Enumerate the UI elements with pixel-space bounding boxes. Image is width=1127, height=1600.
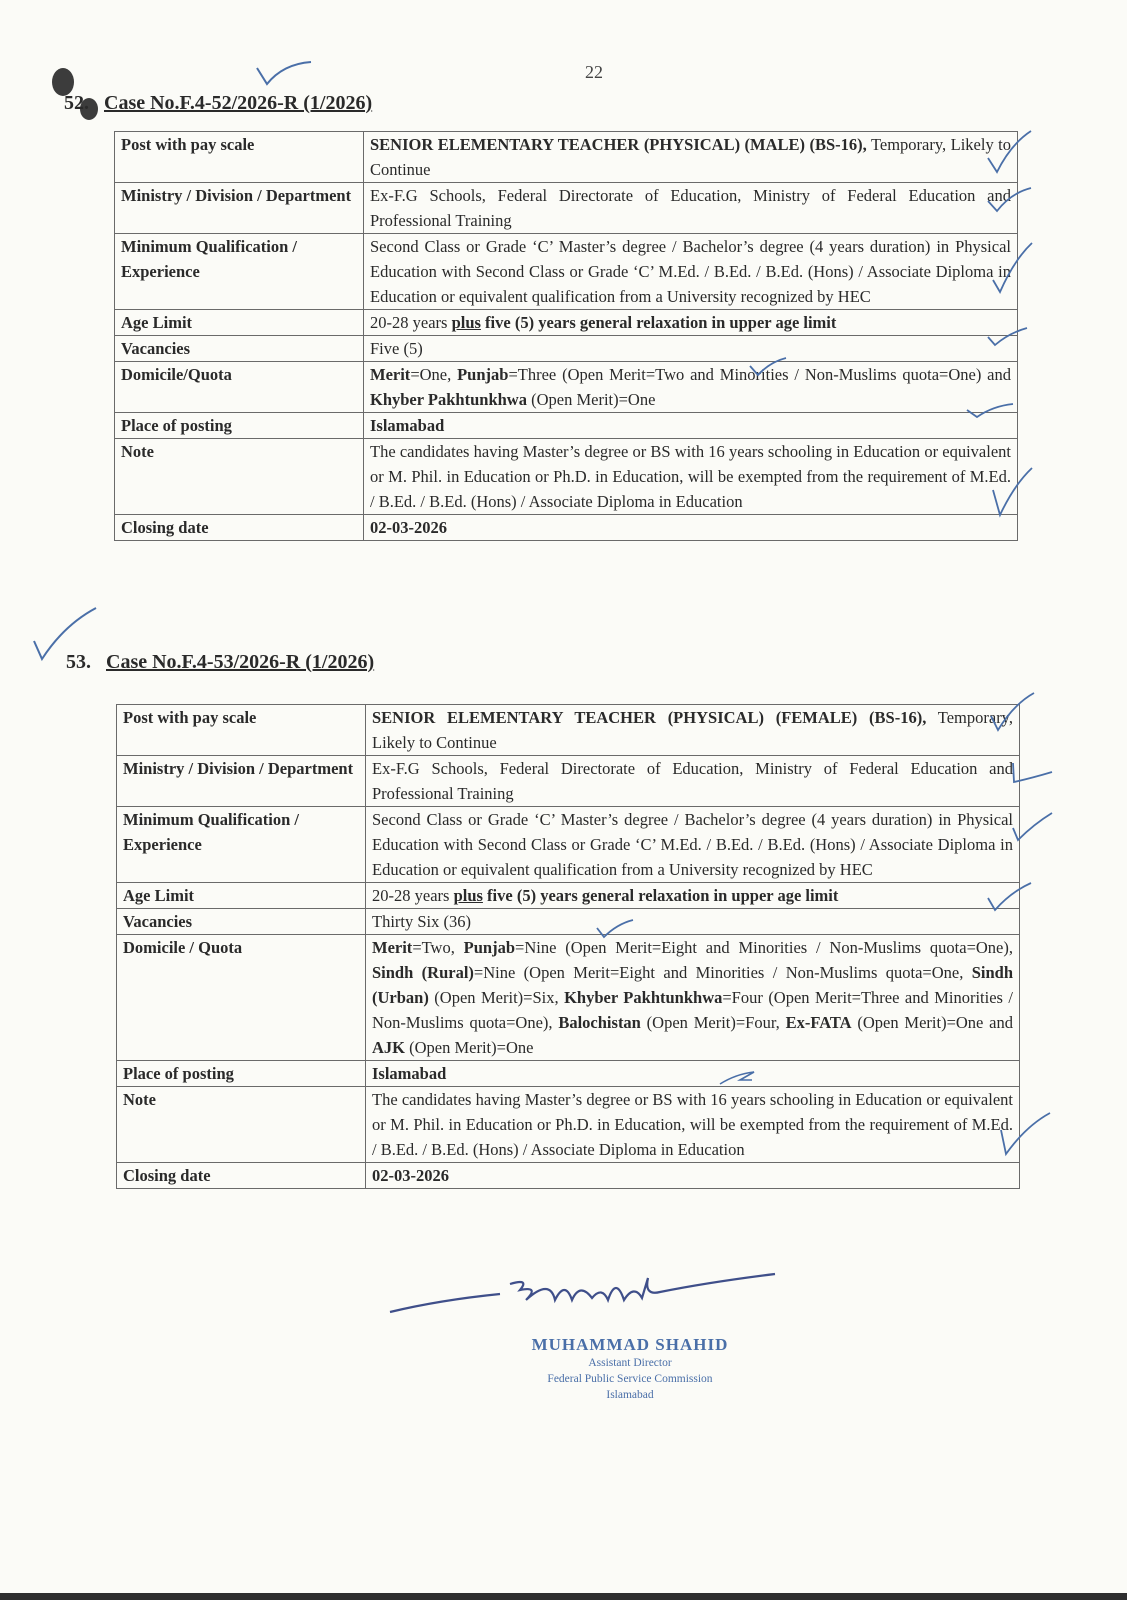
table-row: Note The candidates having Master’s degr… [115, 439, 1018, 515]
post-title: SENIOR ELEMENTARY TEACHER (PHYSICAL) (FE… [372, 708, 926, 727]
post-value: SENIOR ELEMENTARY TEACHER (PHYSICAL) (FE… [366, 705, 1020, 756]
table-row: Age Limit 20-28 years plus five (5) year… [117, 883, 1020, 909]
table-row: Place of posting Islamabad [117, 1061, 1020, 1087]
vacancies-value: Five (5) [364, 336, 1018, 362]
age-plus: plus [452, 313, 481, 332]
row-label: Domicile / Quota [117, 935, 366, 1061]
ministry-value: Ex-F.G Schools, Federal Directorate of E… [364, 183, 1018, 234]
case-heading: 53. Case No.F.4-53/2026-R (1/2026) [66, 651, 374, 674]
quota-detail: (Open Merit)=Six, [429, 988, 564, 1007]
quota-detail: =Nine (Open Merit=Eight and Minorities /… [515, 938, 1013, 957]
quota-region: Balochistan [558, 1013, 641, 1032]
table-row: Domicile/Quota Merit=One, Punjab=Three (… [115, 362, 1018, 413]
age-range: 20-28 years [370, 313, 452, 332]
quota-detail: (Open Merit)=One and [852, 1013, 1013, 1032]
signatory-location: Islamabad [500, 1387, 760, 1403]
row-label: Age Limit [117, 883, 366, 909]
vacancies-value: Thirty Six (36) [366, 909, 1020, 935]
case-title: Case No.F.4-53/2026-R (1/2026) [106, 651, 374, 673]
signatory-designation: Assistant Director [500, 1355, 760, 1371]
row-label: Ministry / Division / Department [117, 756, 366, 807]
scan-edge [0, 1593, 1127, 1600]
table-row: Place of posting Islamabad [115, 413, 1018, 439]
age-plus: plus [454, 886, 483, 905]
row-label: Closing date [117, 1163, 366, 1189]
row-label: Closing date [115, 515, 364, 541]
case-table: Post with pay scale SENIOR ELEMENTARY TE… [114, 131, 1018, 541]
row-label: Place of posting [117, 1061, 366, 1087]
posting-value: Islamabad [366, 1061, 1020, 1087]
domicile-value: Merit=Two, Punjab=Nine (Open Merit=Eight… [366, 935, 1020, 1061]
table-row: Domicile / Quota Merit=Two, Punjab=Nine … [117, 935, 1020, 1061]
checkmark-icon [255, 58, 315, 88]
signatory-organization: Federal Public Service Commission [500, 1371, 760, 1387]
quota-region: AJK [372, 1038, 405, 1057]
table-row: Post with pay scale SENIOR ELEMENTARY TE… [117, 705, 1020, 756]
quota-detail: =One, [410, 365, 457, 384]
quota-region: Ex-FATA [786, 1013, 852, 1032]
quota-detail: (Open Merit)=One [405, 1038, 533, 1057]
table-row: Vacancies Five (5) [115, 336, 1018, 362]
quota-detail: (Open Merit)=Four, [641, 1013, 786, 1032]
table-row: Closing date 02-03-2026 [117, 1163, 1020, 1189]
quota-region: Sindh (Rural) [372, 963, 474, 982]
quota-detail: =Three (Open Merit=Two and Minorities / … [508, 365, 1011, 384]
note-value: The candidates having Master’s degree or… [364, 439, 1018, 515]
post-title: SENIOR ELEMENTARY TEACHER (PHYSICAL) (MA… [370, 135, 867, 154]
table-row: Age Limit 20-28 years plus five (5) year… [115, 310, 1018, 336]
table-row: Minimum Qualification / Experience Secon… [115, 234, 1018, 310]
table-row: Ministry / Division / Department Ex-F.G … [115, 183, 1018, 234]
row-label: Domicile/Quota [115, 362, 364, 413]
note-value: The candidates having Master’s degree or… [366, 1087, 1020, 1163]
table-row: Minimum Qualification / Experience Secon… [117, 807, 1020, 883]
closing-date-value: 02-03-2026 [366, 1163, 1020, 1189]
row-label: Minimum Qualification / Experience [115, 234, 364, 310]
quota-detail: =Two, [412, 938, 463, 957]
case-table: Post with pay scale SENIOR ELEMENTARY TE… [116, 704, 1020, 1189]
ministry-value: Ex-F.G Schools, Federal Directorate of E… [366, 756, 1020, 807]
quota-region: Khyber Pakhtunkhwa [370, 390, 527, 409]
age-range: 20-28 years [372, 886, 454, 905]
quota-detail: =Nine (Open Merit=Eight and Minorities /… [474, 963, 972, 982]
posting-value: Islamabad [364, 413, 1018, 439]
table-row: Ministry / Division / Department Ex-F.G … [117, 756, 1020, 807]
row-label: Vacancies [117, 909, 366, 935]
table-row: Vacancies Thirty Six (36) [117, 909, 1020, 935]
page-number: 22 [585, 62, 603, 83]
age-relaxation: five (5) years general relaxation in upp… [483, 886, 838, 905]
age-value: 20-28 years plus five (5) years general … [366, 883, 1020, 909]
quota-region: Merit [370, 365, 410, 384]
row-label: Place of posting [115, 413, 364, 439]
qualification-value: Second Class or Grade ‘C’ Master’s degre… [366, 807, 1020, 883]
quota-region: Punjab [457, 365, 508, 384]
case-title: Case No.F.4-52/2026-R (1/2026) [104, 92, 372, 114]
domicile-value: Merit=One, Punjab=Three (Open Merit=Two … [364, 362, 1018, 413]
post-value: SENIOR ELEMENTARY TEACHER (PHYSICAL) (MA… [364, 132, 1018, 183]
signature-block: MUHAMMAD SHAHID Assistant Director Feder… [500, 1335, 760, 1403]
quota-region: Punjab [464, 938, 515, 957]
case-number: 53. [66, 651, 91, 673]
case-heading: 52. Case No.F.4-52/2026-R (1/2026) [64, 92, 372, 115]
quota-region: Merit [372, 938, 412, 957]
closing-date-value: 02-03-2026 [364, 515, 1018, 541]
row-label: Minimum Qualification / Experience [117, 807, 366, 883]
table-row: Post with pay scale SENIOR ELEMENTARY TE… [115, 132, 1018, 183]
row-label: Note [115, 439, 364, 515]
row-label: Vacancies [115, 336, 364, 362]
row-label: Post with pay scale [117, 705, 366, 756]
table-row: Note The candidates having Master’s degr… [117, 1087, 1020, 1163]
row-label: Ministry / Division / Department [115, 183, 364, 234]
age-relaxation: five (5) years general relaxation in upp… [481, 313, 836, 332]
age-value: 20-28 years plus five (5) years general … [364, 310, 1018, 336]
row-label: Note [117, 1087, 366, 1163]
case-number: 52. [64, 92, 89, 114]
row-label: Post with pay scale [115, 132, 364, 183]
row-label: Age Limit [115, 310, 364, 336]
table-row: Closing date 02-03-2026 [115, 515, 1018, 541]
quota-region: Khyber Pakhtunkhwa [564, 988, 722, 1007]
signatory-name: MUHAMMAD SHAHID [500, 1335, 760, 1355]
quota-detail: (Open Merit)=One [527, 390, 655, 409]
qualification-value: Second Class or Grade ‘C’ Master’s degre… [364, 234, 1018, 310]
